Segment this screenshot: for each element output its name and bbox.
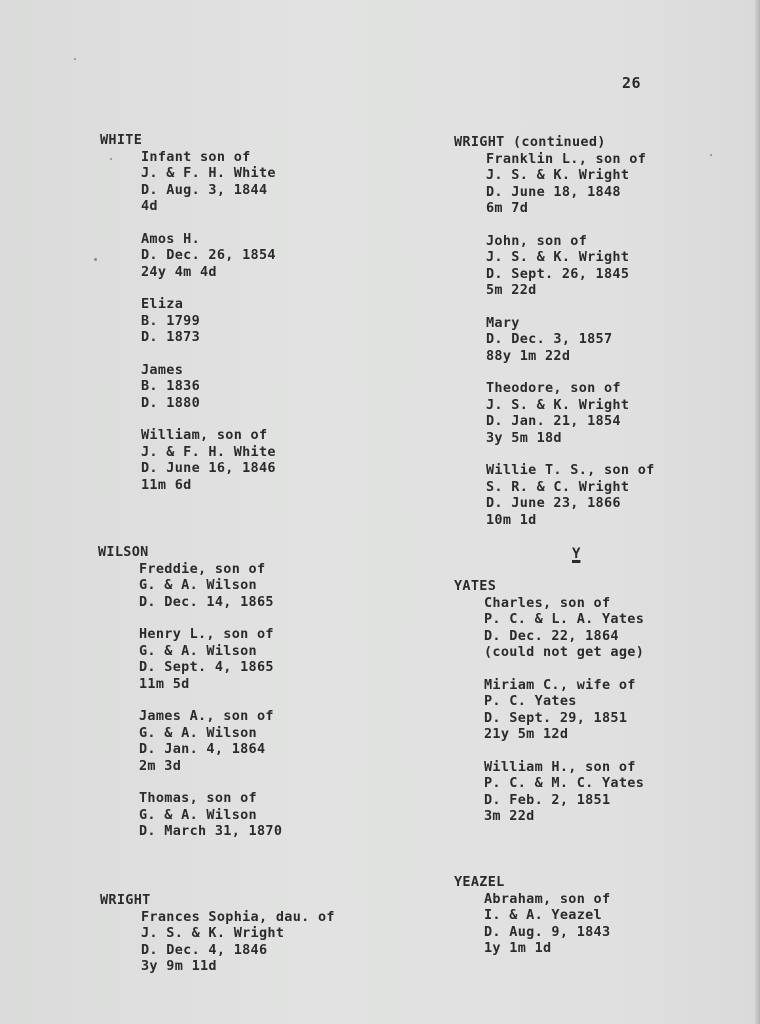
surname-heading: YATES xyxy=(454,578,644,595)
entry-line: D. Jan. 4, 1864 xyxy=(139,741,282,758)
entry-line: 1y 1m 1d xyxy=(484,940,610,957)
surname-section-wright: WRIGHT Frances Sophia, dau. of J. S. & K… xyxy=(100,892,335,991)
entry-line: D. Dec. 3, 1857 xyxy=(486,331,655,348)
entry-line: D. Aug. 3, 1844 xyxy=(141,182,276,199)
burial-entry: John, son of J. S. & K. Wright D. Sept. … xyxy=(486,233,655,299)
surname-section-wright-continued: WRIGHT (continued) Franklin L., son of J… xyxy=(454,134,655,544)
entry-line: 24y 4m 4d xyxy=(141,264,276,281)
entry-line: 11m 6d xyxy=(141,477,276,494)
entry-line: J. & F. H. White xyxy=(141,165,276,182)
burial-entry: Infant son of J. & F. H. White D. Aug. 3… xyxy=(141,149,276,215)
entry-line: D. March 31, 1870 xyxy=(139,823,282,840)
entry-line: Theodore, son of xyxy=(486,380,655,397)
entry-line: B. 1799 xyxy=(141,313,276,330)
burial-entry: Franklin L., son of J. S. & K. Wright D.… xyxy=(486,151,655,217)
entry-line: P. C. Yates xyxy=(484,693,644,710)
burial-entry: Abraham, son of I. & A. Yeazel D. Aug. 9… xyxy=(484,891,610,957)
entry-line: Franklin L., son of xyxy=(486,151,655,168)
entry-line: 88y 1m 22d xyxy=(486,348,655,365)
burial-entry: Charles, son of P. C. & L. A. Yates D. D… xyxy=(484,595,644,661)
burial-entry: Eliza B. 1799 D. 1873 xyxy=(141,296,276,346)
entry-line: William, son of xyxy=(141,427,276,444)
entry-line: Amos H. xyxy=(141,231,276,248)
entry-line: G. & A. Wilson xyxy=(139,807,282,824)
entry-line: Eliza xyxy=(141,296,276,313)
entry-line: John, son of xyxy=(486,233,655,250)
burial-entry: Willie T. S., son of S. R. & C. Wright D… xyxy=(486,462,655,528)
surname-heading: YEAZEL xyxy=(454,874,610,891)
entry-line: D. Aug. 9, 1843 xyxy=(484,924,610,941)
entry-line: D. 1880 xyxy=(141,395,276,412)
entry-line: 6m 7d xyxy=(486,200,655,217)
burial-entry: Mary D. Dec. 3, 1857 88y 1m 22d xyxy=(486,315,655,365)
page-number: 26 xyxy=(622,74,641,92)
paper-speck xyxy=(110,158,112,160)
entry-line: Henry L., son of xyxy=(139,626,282,643)
burial-entry: Theodore, son of J. S. & K. Wright D. Ja… xyxy=(486,380,655,446)
entry-line: J. S. & K. Wright xyxy=(486,167,655,184)
paper-speck xyxy=(74,58,76,60)
entry-line: Charles, son of xyxy=(484,595,644,612)
entry-line: G. & A. Wilson xyxy=(139,725,282,742)
entry-line: I. & A. Yeazel xyxy=(484,907,610,924)
surname-section-yeazel: YEAZEL Abraham, son of I. & A. Yeazel D.… xyxy=(454,874,610,973)
entry-line: D. 1873 xyxy=(141,329,276,346)
entry-line: Mary xyxy=(486,315,655,332)
burial-entry: Thomas, son of G. & A. Wilson D. March 3… xyxy=(139,790,282,840)
entry-line: G. & A. Wilson xyxy=(139,643,282,660)
burial-entry: James A., son of G. & A. Wilson D. Jan. … xyxy=(139,708,282,774)
document-page: 26 WHITE Infant son of J. & F. H. White … xyxy=(0,0,760,1024)
entry-line: D. Sept. 29, 1851 xyxy=(484,710,644,727)
entry-line: D. Sept. 4, 1865 xyxy=(139,659,282,676)
entry-line: 3y 5m 18d xyxy=(486,430,655,447)
burial-entry: Freddie, son of G. & A. Wilson D. Dec. 1… xyxy=(139,561,282,611)
entry-line: Thomas, son of xyxy=(139,790,282,807)
entry-line: D. Jan. 21, 1854 xyxy=(486,413,655,430)
surname-section-wilson: WILSON Freddie, son of G. & A. Wilson D.… xyxy=(98,544,282,856)
entry-line: Infant son of xyxy=(141,149,276,166)
entry-line: 11m 5d xyxy=(139,676,282,693)
entry-line: B. 1836 xyxy=(141,378,276,395)
entry-line: D. Dec. 22, 1864 xyxy=(484,628,644,645)
entry-line: James A., son of xyxy=(139,708,282,725)
entry-line: (could not get age) xyxy=(484,644,644,661)
burial-entry: Henry L., son of G. & A. Wilson D. Sept.… xyxy=(139,626,282,692)
entry-line: Miriam C., wife of xyxy=(484,677,644,694)
surname-heading: WILSON xyxy=(98,544,282,561)
burial-entry: William, son of J. & F. H. White D. June… xyxy=(141,427,276,493)
entry-line: D. June 23, 1866 xyxy=(486,495,655,512)
entry-line: J. S. & K. Wright xyxy=(486,249,655,266)
entry-line: James xyxy=(141,362,276,379)
entry-line: Willie T. S., son of xyxy=(486,462,655,479)
entry-line: 4d xyxy=(141,198,276,215)
entry-line: S. R. & C. Wright xyxy=(486,479,655,496)
entry-line: D. Sept. 26, 1845 xyxy=(486,266,655,283)
entry-line: 10m 1d xyxy=(486,512,655,529)
entry-line: 21y 5m 12d xyxy=(484,726,644,743)
surname-heading: WRIGHT xyxy=(100,892,335,909)
paper-speck xyxy=(94,258,97,261)
surname-heading: WRIGHT (continued) xyxy=(454,134,655,151)
surname-heading: WHITE xyxy=(100,132,276,149)
burial-entry: James B. 1836 D. 1880 xyxy=(141,362,276,412)
burial-entry: Amos H. D. Dec. 26, 1854 24y 4m 4d xyxy=(141,231,276,281)
entry-line: D. June 18, 1848 xyxy=(486,184,655,201)
entry-line: D. Dec. 26, 1854 xyxy=(141,247,276,264)
entry-line: J. & F. H. White xyxy=(141,444,276,461)
entry-line: P. C. & M. C. Yates xyxy=(484,775,644,792)
surname-section-yates: YATES Charles, son of P. C. & L. A. Yate… xyxy=(454,578,644,841)
entry-line: D. June 16, 1846 xyxy=(141,460,276,477)
entry-line: 3y 9m 11d xyxy=(141,958,335,975)
entry-line: G. & A. Wilson xyxy=(139,577,282,594)
entry-line: 3m 22d xyxy=(484,808,644,825)
entry-line: Freddie, son of xyxy=(139,561,282,578)
entry-line: Frances Sophia, dau. of xyxy=(141,909,335,926)
entry-line: 2m 3d xyxy=(139,758,282,775)
burial-entry: Miriam C., wife of P. C. Yates D. Sept. … xyxy=(484,677,644,743)
entry-line: P. C. & L. A. Yates xyxy=(484,611,644,628)
entry-line: D. Feb. 2, 1851 xyxy=(484,792,644,809)
entry-line: D. Dec. 4, 1846 xyxy=(141,942,335,959)
entry-line: 5m 22d xyxy=(486,282,655,299)
entry-line: William H., son of xyxy=(484,759,644,776)
entry-line: J. S. & K. Wright xyxy=(486,397,655,414)
surname-section-white: WHITE Infant son of J. & F. H. White D. … xyxy=(100,132,276,509)
entry-line: J. S. & K. Wright xyxy=(141,925,335,942)
entry-line: D. Dec. 14, 1865 xyxy=(139,594,282,611)
burial-entry: William H., son of P. C. & M. C. Yates D… xyxy=(484,759,644,825)
entry-line: Abraham, son of xyxy=(484,891,610,908)
burial-entry: Frances Sophia, dau. of J. S. & K. Wrigh… xyxy=(141,909,335,975)
page-edge-shadow xyxy=(754,0,760,1024)
paper-speck xyxy=(710,154,712,156)
section-letter-heading: Y xyxy=(572,546,580,562)
